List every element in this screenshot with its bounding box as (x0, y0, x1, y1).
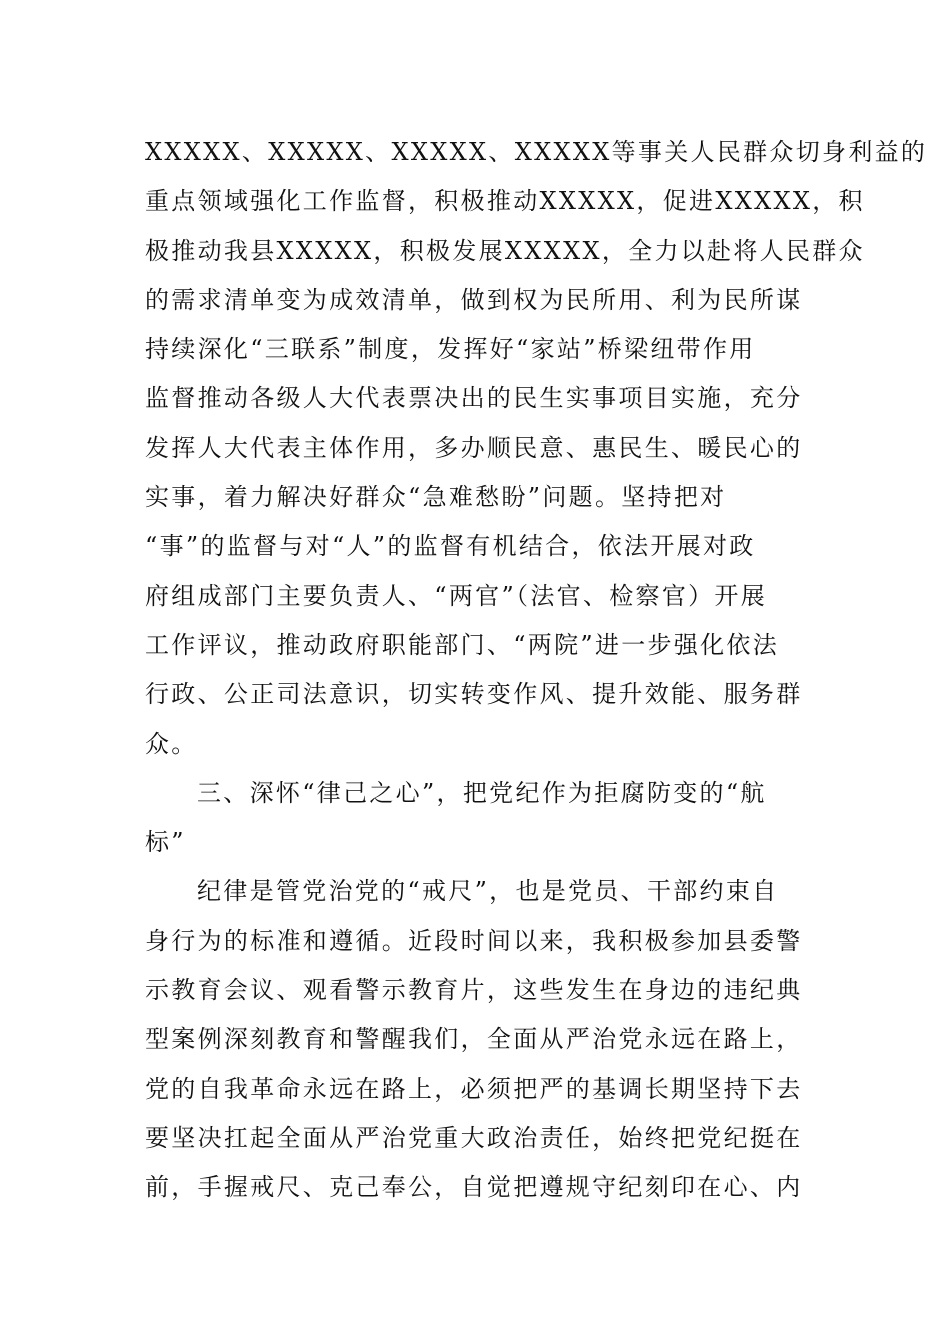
text-line: 监督推动各级人大代表票决出的民生实事项目实施，充分 (145, 374, 805, 423)
text-line: 纪律是管党治党的“戒尺”，也是党员、干部约束自 (145, 867, 805, 916)
heading-line: 三、深怀“律己之心”，把党纪作为拒腐防变的“航 (145, 769, 805, 818)
text-line: 示教育会议、观看警示教育片，这些发生在身边的违纪典 (145, 966, 805, 1015)
body-paragraph-supervision: XXXXX、XXXXX、XXXXX、XXXXX等事关人民群众切身利益的 重点领域… (145, 128, 805, 769)
text-line: 要坚决扛起全面从严治党重大政治责任，始终把党纪挺在 (145, 1114, 805, 1163)
text-line: 极推动我县XXXXX，积极发展XXXXX，全力以赴将人民群众 (145, 227, 805, 276)
text-line: XXXXX、XXXXX、XXXXX、XXXXX等事关人民群众切身利益的 (145, 128, 805, 177)
text-line: 前，手握戒尺、克己奉公，自觉把遵规守纪刻印在心、内 (145, 1163, 805, 1212)
text-line: 身行为的标准和遵循。近段时间以来，我积极参加县委警 (145, 917, 805, 966)
text-line: 党的自我革命永远在路上，必须把严的基调长期坚持下去 (145, 1065, 805, 1114)
text-line: “事”的监督与对“人”的监督有机结合，依法开展对政 (145, 522, 805, 571)
text-line: 府组成部门主要负责人、“两官”（法官、检察官）开展 (145, 572, 805, 621)
text-line: 众。 (145, 720, 805, 769)
text-line: 持续深化“三联系”制度，发挥好“家站”桥梁纽带作用 (145, 325, 805, 374)
text-line: 的需求清单变为成效清单，做到权为民所用、利为民所谋 (145, 276, 805, 325)
body-paragraph-discipline: 纪律是管党治党的“戒尺”，也是党员、干部约束自 身行为的标准和遵循。近段时间以来… (145, 867, 805, 1212)
text-line: 发挥人大代表主体作用，多办顺民意、惠民生、暖民心的 (145, 424, 805, 473)
section-heading: 三、深怀“律己之心”，把党纪作为拒腐防变的“航 标” (145, 769, 805, 868)
text-line: 型案例深刻教育和警醒我们，全面从严治党永远在路上， (145, 1015, 805, 1064)
document-page: XXXXX、XXXXX、XXXXX、XXXXX等事关人民群众切身利益的 重点领域… (145, 128, 805, 1213)
text-line: 行政、公正司法意识，切实转变作风、提升效能、服务群 (145, 670, 805, 719)
text-line: 工作评议，推动政府职能部门、“两院”进一步强化依法 (145, 621, 805, 670)
text-line: 重点领域强化工作监督，积极推动XXXXX，促进XXXXX，积 (145, 177, 805, 226)
heading-line: 标” (145, 818, 805, 867)
text-line: 实事，着力解决好群众“急难愁盼”问题。坚持把对 (145, 473, 805, 522)
